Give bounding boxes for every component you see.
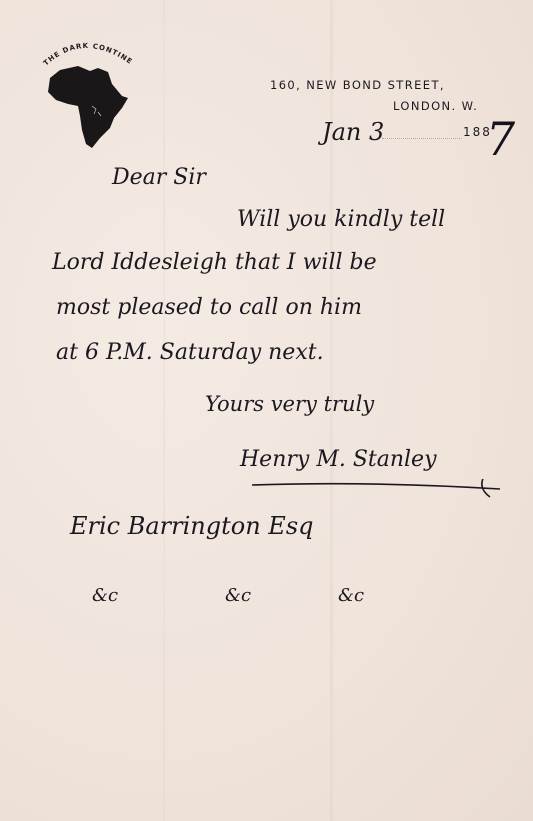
africa-map-icon: THE DARK CONTINENT bbox=[38, 26, 138, 151]
date-dotted-line bbox=[382, 138, 462, 139]
recipient: Eric Barrington Esq bbox=[70, 512, 314, 540]
letterhead-address-line1: 160, NEW BOND STREET, bbox=[270, 78, 445, 92]
signature-flourish bbox=[250, 479, 505, 499]
salutation: Dear Sir bbox=[112, 165, 206, 190]
etc-mark-2: &c bbox=[225, 585, 251, 606]
letter-date: Jan 3 bbox=[322, 118, 384, 146]
letter-page: THE DARK CONTINENT 160, NEW BOND STREET,… bbox=[0, 0, 533, 821]
etc-mark-3: &c bbox=[338, 585, 364, 606]
letterhead-address-line2: LONDON. W. bbox=[393, 99, 478, 113]
body-line-1: Will you kindly tell bbox=[237, 207, 445, 232]
body-line-4: at 6 P.M. Saturday next. bbox=[56, 340, 324, 365]
closing: Yours very truly bbox=[205, 392, 374, 416]
signature: Henry M. Stanley bbox=[240, 447, 437, 472]
body-line-3: most pleased to call on him bbox=[56, 295, 362, 320]
letterhead-motto: THE DARK CONTINENT bbox=[38, 26, 134, 67]
handwritten-year-digit: 7 bbox=[481, 112, 520, 166]
svg-text:THE DARK CONTINENT: THE DARK CONTINENT bbox=[38, 26, 134, 67]
etc-mark-1: &c bbox=[92, 585, 118, 606]
body-line-2: Lord Iddesleigh that I will be bbox=[52, 250, 377, 275]
